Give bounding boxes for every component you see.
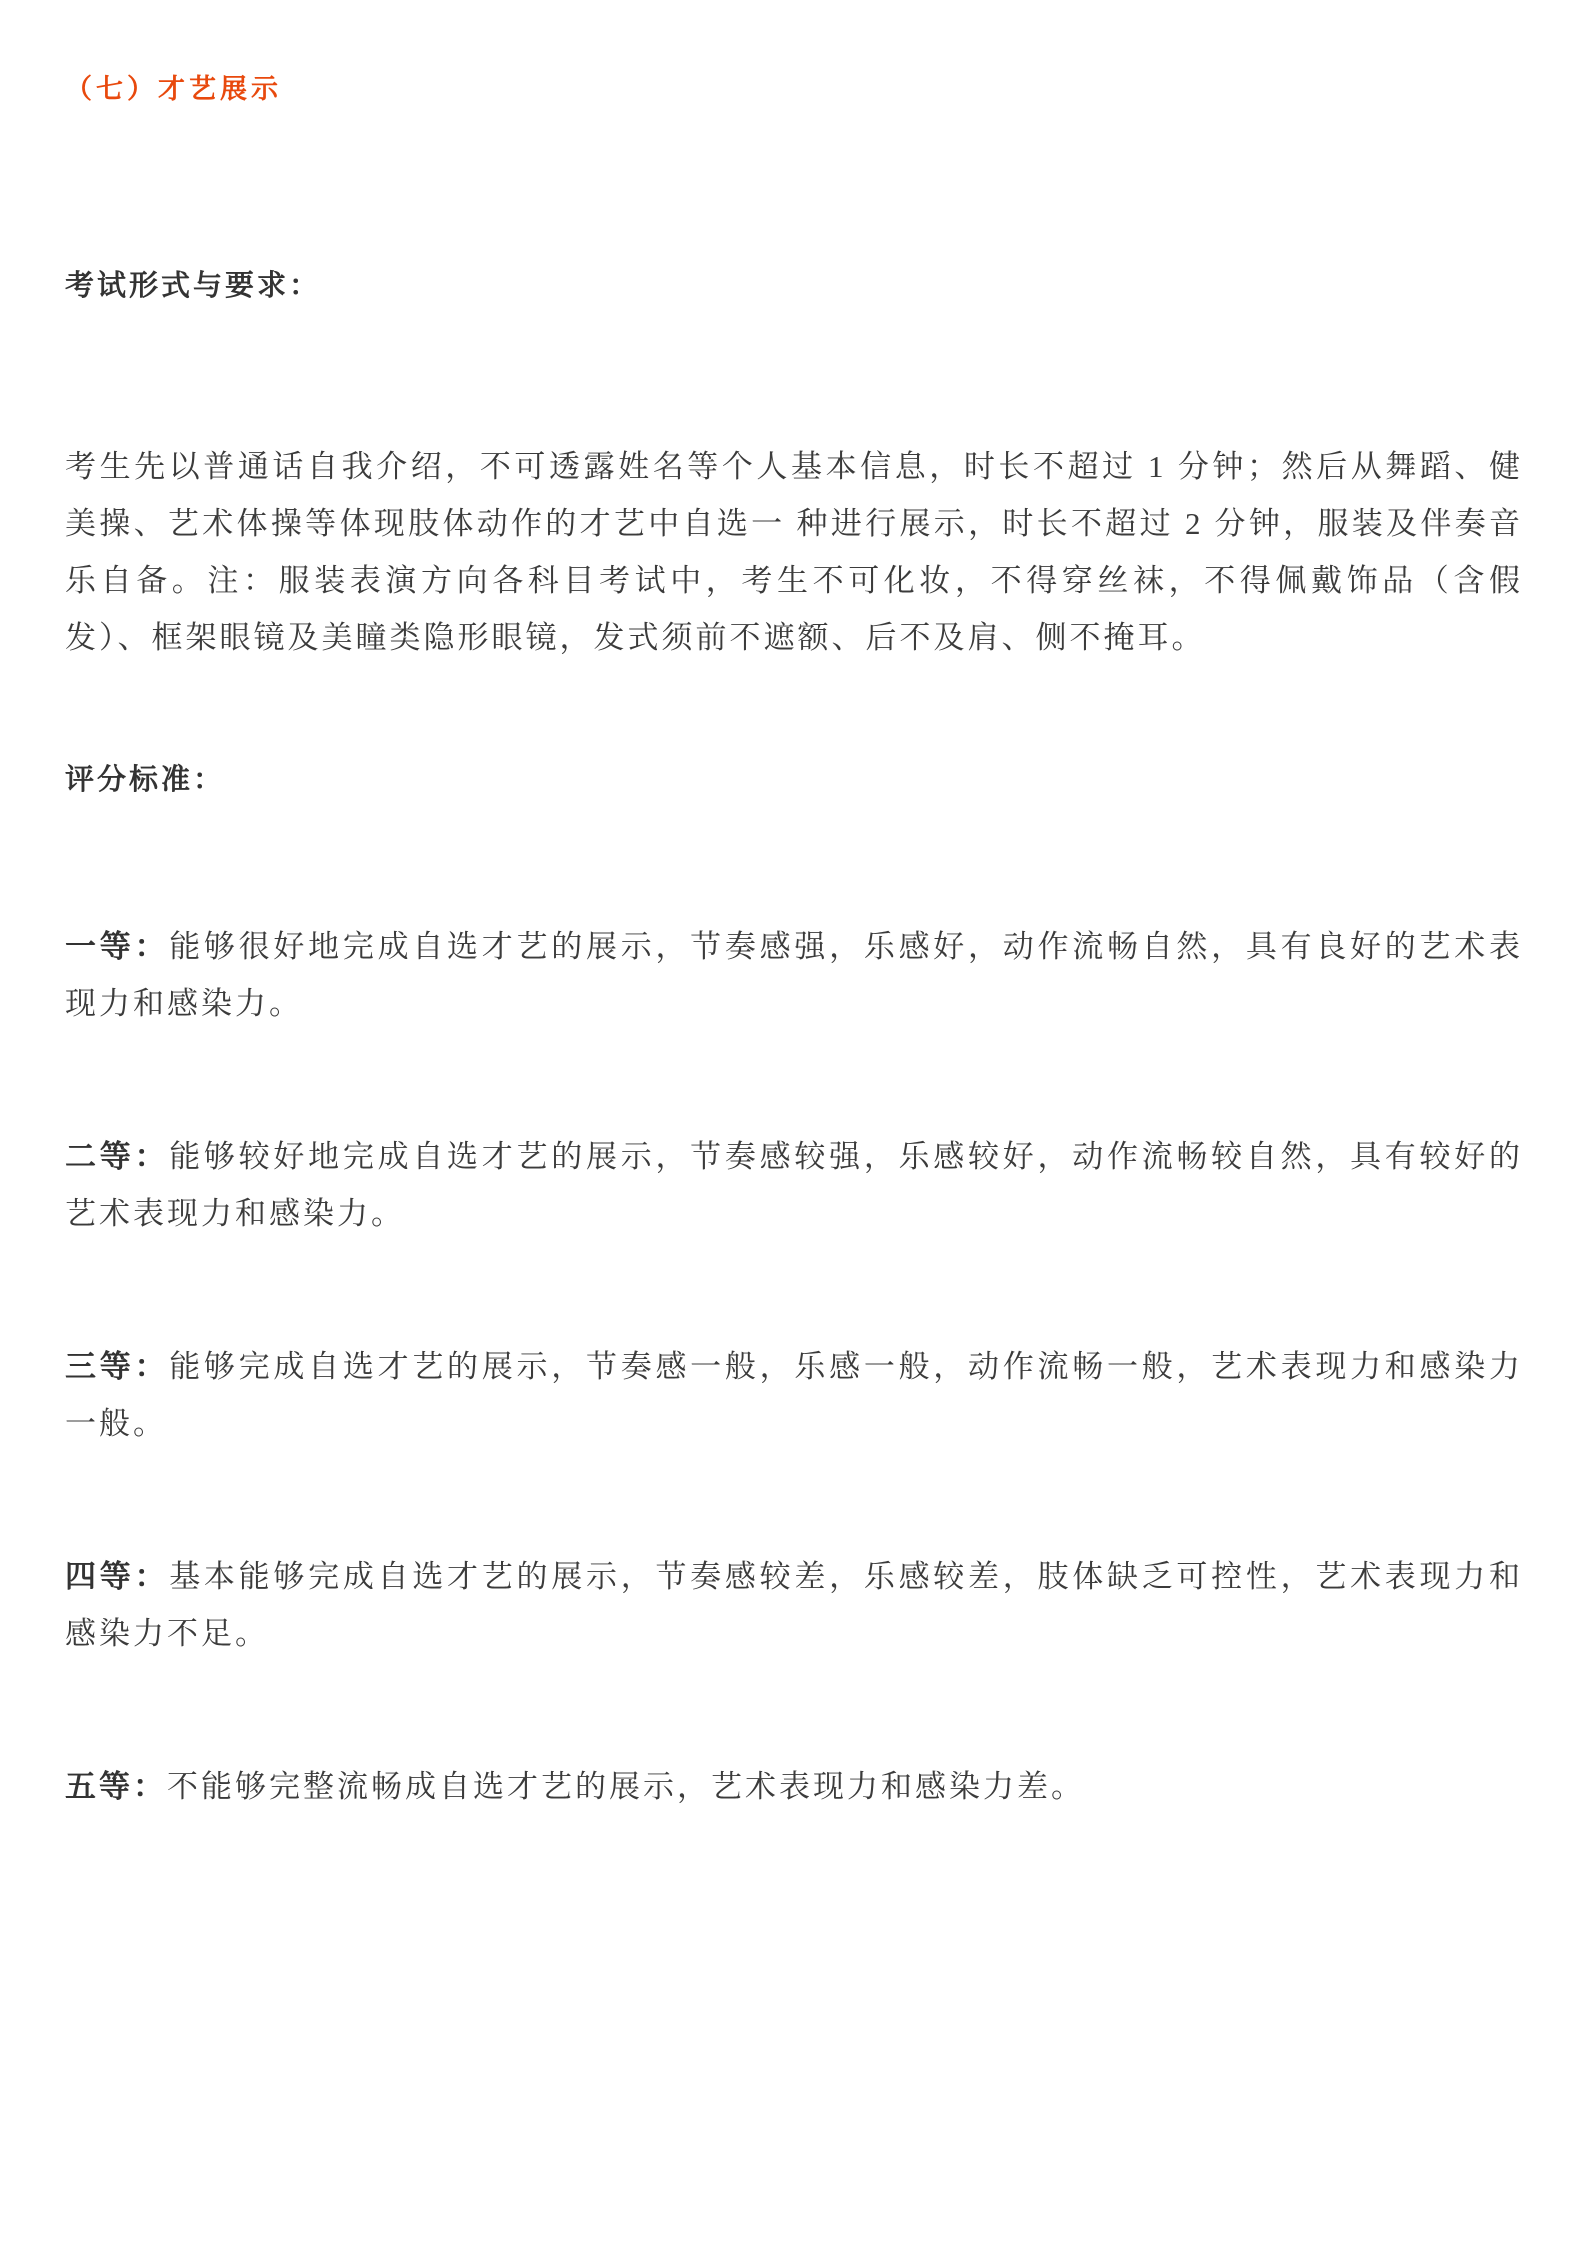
rating-paragraph-grade1: 一等：能够很好地完成自选才艺的展示，节奏感强，乐感好，动作流畅自然，具有良好的艺… bbox=[65, 918, 1523, 1032]
rating-label-grade1: 一等： bbox=[65, 929, 169, 964]
page-title: （七）才艺展示 bbox=[65, 72, 1523, 107]
rating-text-grade5: 不能够完整流畅成自选才艺的展示，艺术表现力和感染力差。 bbox=[167, 1769, 1085, 1804]
rating-text-grade3: 能够完成自选才艺的展示，节奏感一般，乐感一般，动作流畅一般，艺术表现力和感染力一… bbox=[65, 1349, 1523, 1441]
scoring-heading: 评分标准： bbox=[65, 761, 1523, 800]
exam-format-heading: 考试形式与要求： bbox=[65, 267, 1523, 306]
rating-paragraph-grade3: 三等：能够完成自选才艺的展示，节奏感一般，乐感一般，动作流畅一般，艺术表现力和感… bbox=[65, 1338, 1523, 1452]
rating-paragraph-grade4: 四等：基本能够完成自选才艺的展示，节奏感较差，乐感较差，肢体缺乏可控性，艺术表现… bbox=[65, 1548, 1523, 1662]
exam-format-paragraph: 考生先以普通话自我介绍，不可透露姓名等个人基本信息，时长不超过 1 分钟；然后从… bbox=[65, 438, 1523, 666]
rating-text-grade1: 能够很好地完成自选才艺的展示，节奏感强，乐感好，动作流畅自然，具有良好的艺术表现… bbox=[65, 929, 1523, 1021]
rating-label-grade5: 五等： bbox=[65, 1769, 167, 1804]
rating-label-grade2: 二等： bbox=[65, 1139, 169, 1174]
rating-paragraph-grade2: 二等：能够较好地完成自选才艺的展示，节奏感较强，乐感较好，动作流畅较自然，具有较… bbox=[65, 1128, 1523, 1242]
rating-text-grade4: 基本能够完成自选才艺的展示，节奏感较差，乐感较差，肢体缺乏可控性，艺术表现力和感… bbox=[65, 1559, 1523, 1651]
rating-label-grade4: 四等： bbox=[65, 1559, 169, 1594]
rating-label-grade3: 三等： bbox=[65, 1349, 169, 1384]
rating-paragraph-grade5: 五等：不能够完整流畅成自选才艺的展示，艺术表现力和感染力差。 bbox=[65, 1758, 1523, 1815]
rating-text-grade2: 能够较好地完成自选才艺的展示，节奏感较强，乐感较好，动作流畅较自然，具有较好的艺… bbox=[65, 1139, 1523, 1231]
document-page: （七）才艺展示 考试形式与要求： 考生先以普通话自我介绍，不可透露姓名等个人基本… bbox=[0, 0, 1587, 2245]
